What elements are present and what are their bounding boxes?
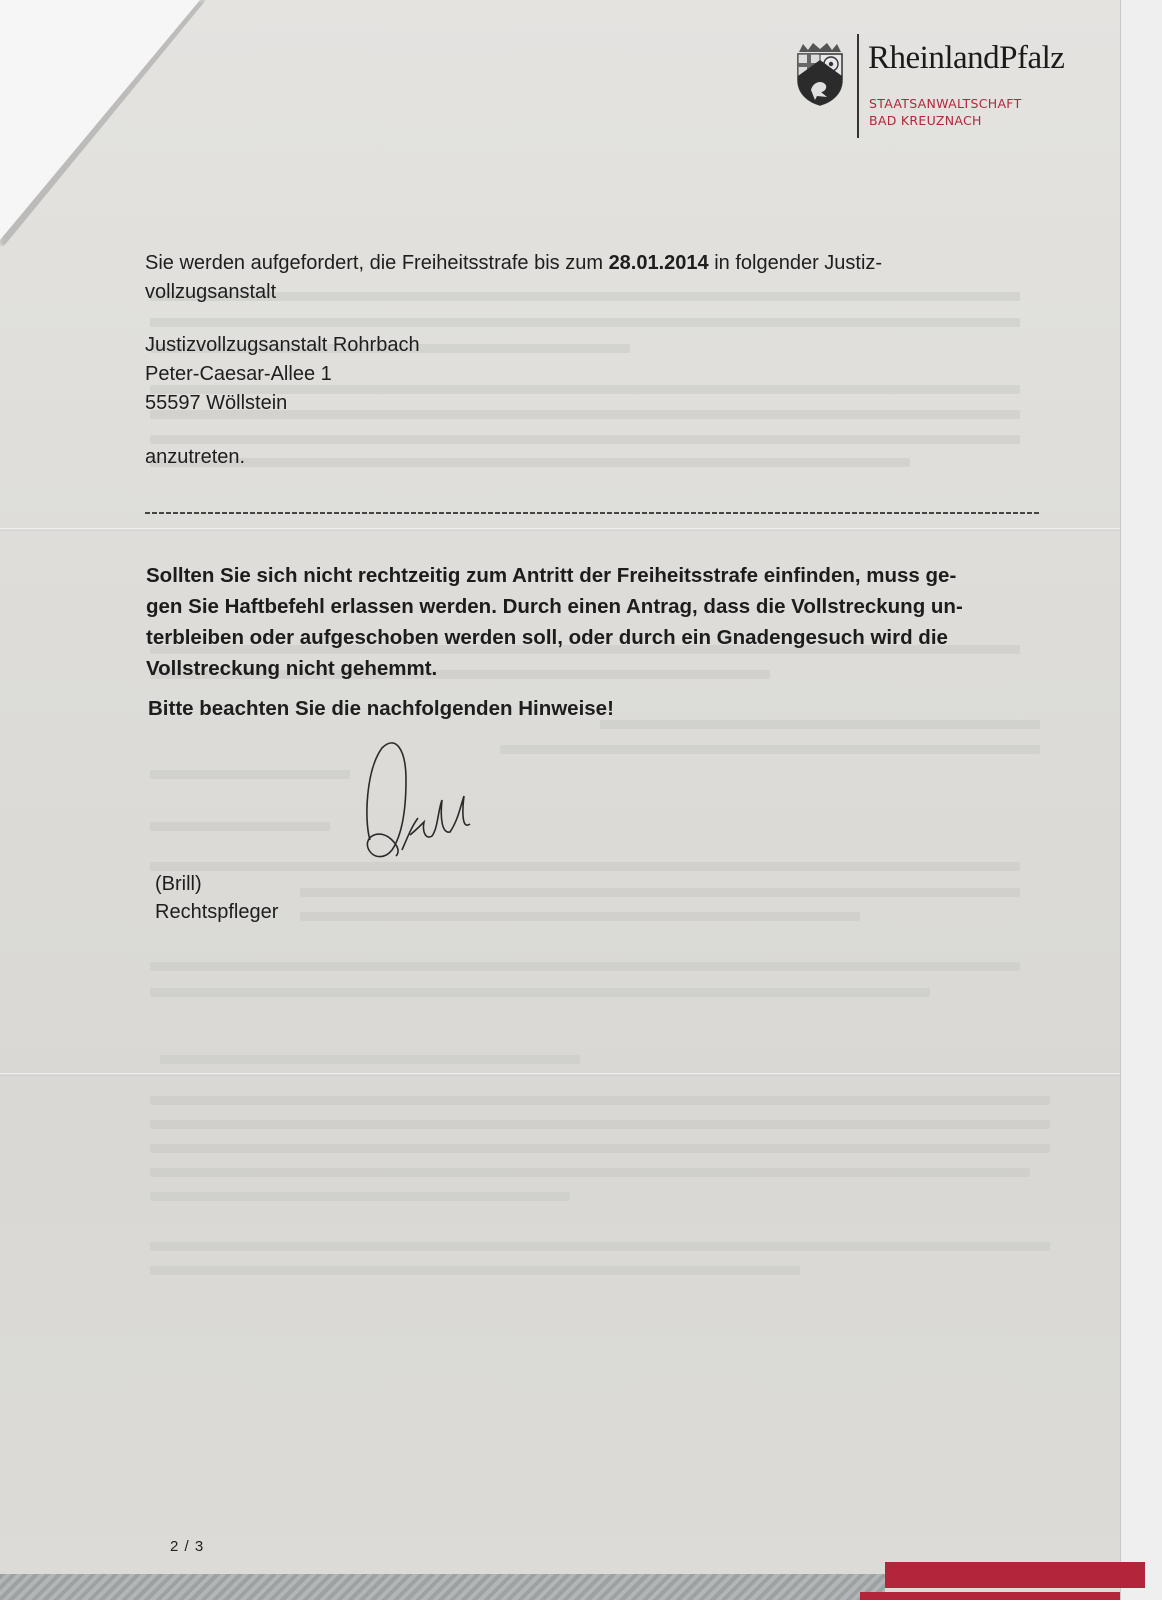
- footer-red-bar: [885, 1562, 1145, 1588]
- folded-corner: [0, 0, 200, 240]
- scanner-margin: [1120, 0, 1162, 1600]
- org-name: STAATSANWALTSCHAFT: [869, 96, 1022, 111]
- intro-continuation: vollzugsanstalt: [145, 281, 276, 304]
- footer-red-bar-underlay: [860, 1592, 1120, 1600]
- dashed-separator: [145, 512, 1040, 514]
- footer-gray-bar: [0, 1574, 885, 1600]
- warning-line: Vollstreckung nicht gehemmt.: [146, 653, 1056, 684]
- org-location: BAD KREUZNACH: [869, 113, 982, 128]
- notice-heading: Bitte beachten Sie die nachfolgenden Hin…: [148, 697, 614, 721]
- brand-wordmark: RheinlandPfalz: [868, 40, 1064, 77]
- closing-text: anzutreten.: [145, 446, 245, 469]
- address-institution: Justizvollzugsanstalt Rohrbach: [145, 334, 420, 357]
- intro-suffix: in folgender Justiz-: [709, 252, 882, 274]
- handwritten-signature: [362, 740, 492, 870]
- warning-line: terbleiben oder aufgeschoben werden soll…: [146, 622, 1056, 653]
- signatory-title: Rechtspfleger: [155, 901, 278, 924]
- warning-line: Sollten Sie sich nicht rechtzeitig zum A…: [146, 560, 1056, 591]
- page-number: 2 / 3: [170, 1538, 204, 1555]
- warning-paragraph: Sollten Sie sich nicht rechtzeitig zum A…: [146, 560, 1056, 684]
- logo-divider: [857, 34, 859, 138]
- paper-fold-line: [0, 1073, 1120, 1076]
- coat-of-arms-icon: [795, 42, 845, 106]
- intro-prefix: Sie werden aufgefordert, die Freiheitsst…: [145, 252, 609, 274]
- address-street: Peter-Caesar-Allee 1: [145, 363, 332, 386]
- deadline-date: 28.01.2014: [609, 252, 709, 274]
- address-city: 55597 Wöllstein: [145, 392, 287, 415]
- intro-sentence: Sie werden aufgefordert, die Freiheitsst…: [145, 252, 882, 275]
- signatory-name: (Brill): [155, 873, 202, 896]
- letter-page: RheinlandPfalz STAATSANWALTSCHAFT BAD KR…: [0, 0, 1120, 1600]
- warning-line: gen Sie Haftbefehl erlassen werden. Durc…: [146, 591, 1056, 622]
- paper-fold-line: [0, 528, 1120, 531]
